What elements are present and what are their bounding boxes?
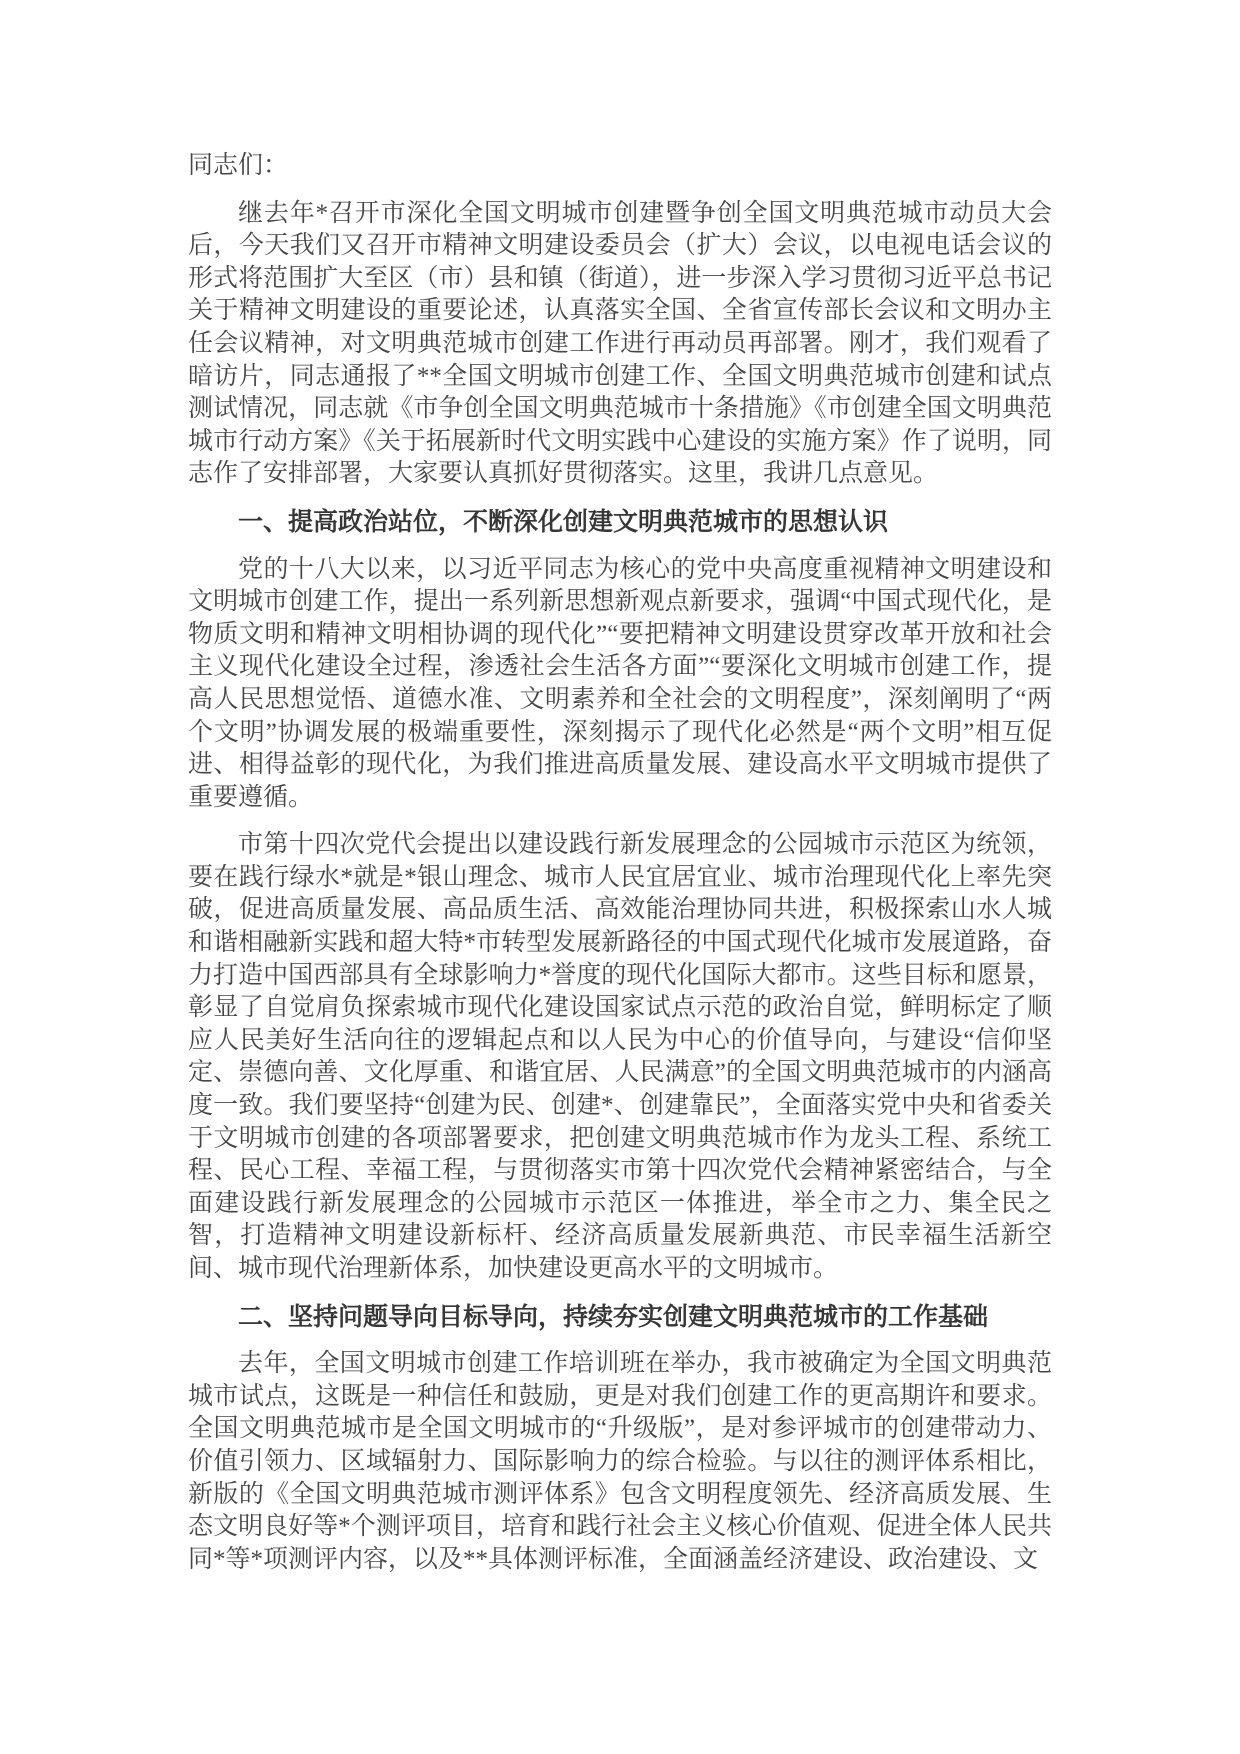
document-page: 同志们： 继去年*召开市深化全国文明城市创建暨争创全国文明典范城市动员大会后，今…: [0, 0, 1240, 1754]
paragraph-section1-b: 市第十四次党代会提出以建设践行新发展理念的公园城市示范区为统领，要在践行绿水*就…: [188, 829, 1052, 1285]
section-heading-1: 一、提高政治站位，不断深化创建文明典范城市的思想认识: [188, 506, 1052, 539]
section-heading-2: 二、坚持问题导向目标导向，持续夯实创建文明典范城市的工作基础: [188, 1301, 1052, 1334]
paragraph-section1-a: 党的十八大以来，以习近平同志为核心的党中央高度重视精神文明建设和文明城市创建工作…: [188, 554, 1052, 815]
paragraph-section2-a: 去年，全国文明城市创建工作培训班在举办，我市被确定为全国文明典范城市试点，这既是…: [188, 1348, 1052, 1576]
salutation: 同志们：: [188, 150, 1052, 183]
paragraph-intro: 继去年*召开市深化全国文明城市创建暨争创全国文明典范城市动员大会后，今天我们又召…: [188, 198, 1052, 491]
document-body: 同志们： 继去年*召开市深化全国文明城市创建暨争创全国文明典范城市动员大会后，今…: [188, 150, 1052, 1576]
